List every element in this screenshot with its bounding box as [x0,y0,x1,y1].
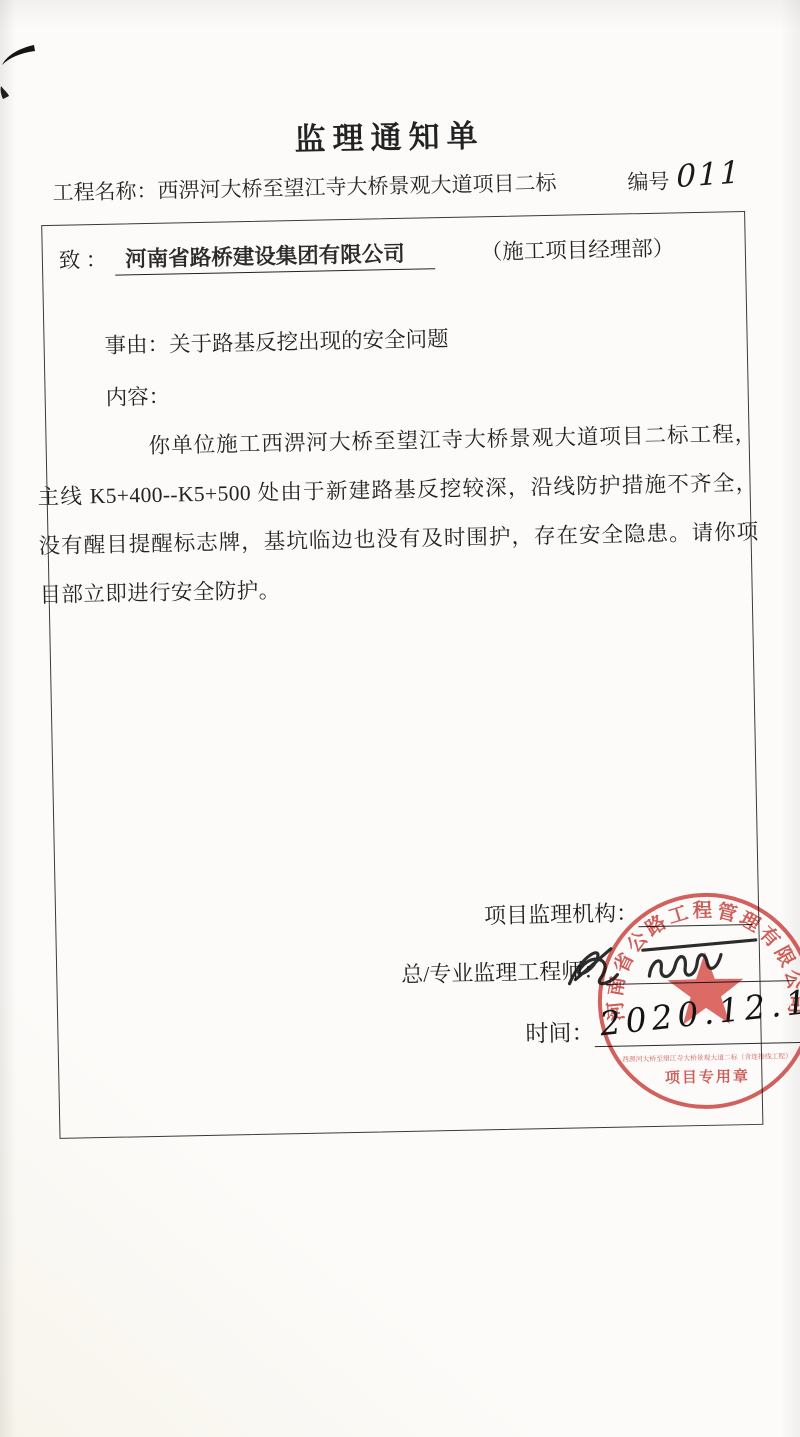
subject-row: 事由：关于路基反挖出现的安全问题 [104,322,449,360]
scanned-page: 监理通知单 工程名称：西淠河大桥至望江寺大桥景观大道项目二标 编号 011 致 … [0,0,800,1437]
stamp-bottom-text: 项目专用章 [665,1067,750,1087]
subject-text: 关于路基反挖出现的安全问题 [169,327,449,357]
recipient-suffix: （施工项目经理部） [480,236,674,264]
project-name-value: 西淠河大桥至望江寺大桥景观大道项目二标 [157,171,556,203]
subject-label: 事由： [104,333,169,358]
recipient-company: 河南省路桥建设集团有限公司 [115,241,435,275]
stamp-project-line: 西淠河大桥至望江寺大桥景观大道二标（含连接线工程） [622,1051,792,1063]
notice-paragraph: 你单位施工西淠河大桥至望江寺大桥景观大道项目二标工程，主线 K5+400--K5… [36,410,760,620]
doc-number-handwritten: 011 [677,154,742,195]
to-label: 致 ： [59,248,108,273]
project-name-row: 工程名称：西淠河大桥至望江寺大桥景观大道项目二标 编号 011 [52,162,772,206]
doc-number-group: 编号 011 [627,159,742,197]
document-title: 监理通知单 [0,104,790,165]
content-label: 内容： [105,380,170,412]
document: 监理通知单 工程名称：西淠河大桥至望江寺大桥景观大道项目二标 编号 011 致 … [0,0,800,1437]
recipient-row: 致 ：河南省路桥建设集团有限公司（施工项目经理部） [59,231,675,274]
project-name-label: 工程名称： [52,179,157,205]
time-label: 时间： [525,1020,594,1046]
doc-number-label: 编号 [627,169,669,194]
